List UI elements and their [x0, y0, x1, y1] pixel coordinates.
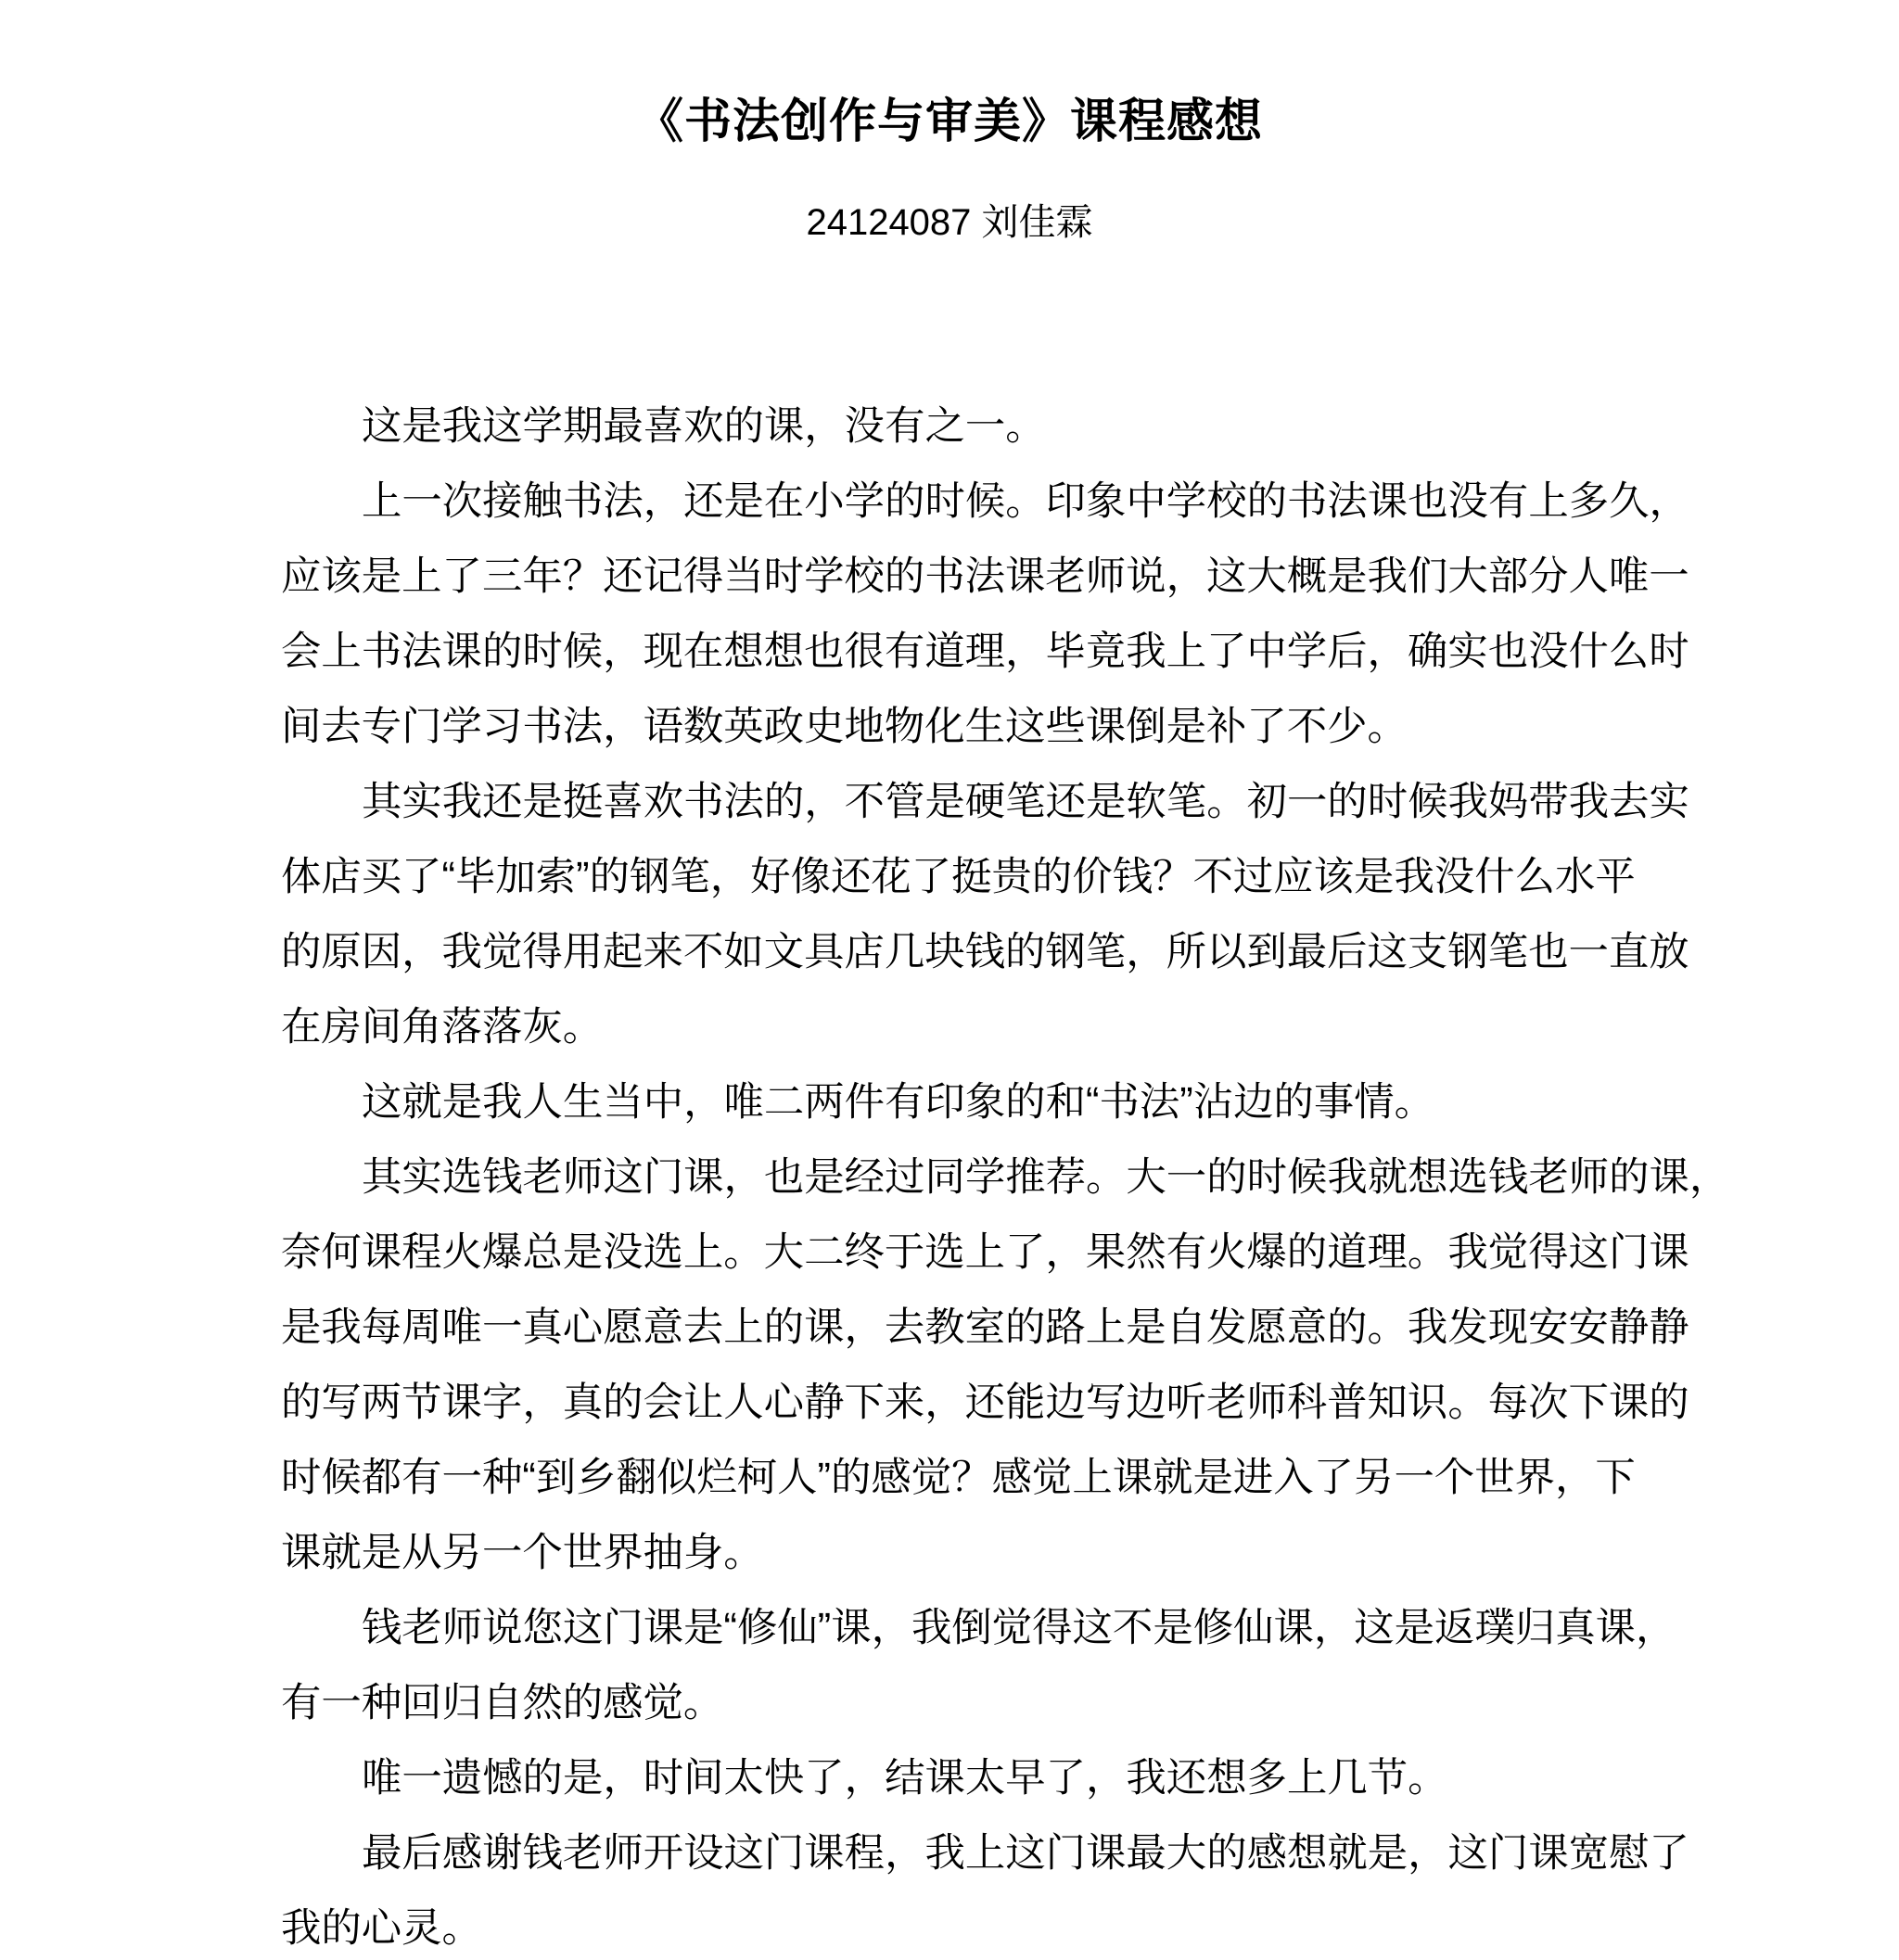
paragraph: 这是我这学期最喜欢的课，没有之一。: [281, 389, 1694, 465]
body-line: 唯一遗憾的是，时间太快了，结课太早了，我还想多上几节。: [281, 1741, 1694, 1816]
body-line: 奈何课程火爆总是没选上。大二终于选上了，果然有火爆的道理。我觉得这门课: [281, 1215, 1694, 1291]
document-page: 《书法创作与审美》课程感想 24124087 刘佳霖 这是我这学期最喜欢的课，没…: [0, 0, 1899, 1960]
paragraph: 这就是我人生当中，唯二两件有印象的和“书法”沾边的事情。: [281, 1065, 1694, 1140]
body-line: 在房间角落落灰。: [281, 990, 1694, 1065]
body-line: 的原因，我觉得用起来不如文具店几块钱的钢笔，所以到最后这支钢笔也一直放: [281, 915, 1694, 990]
body-line: 钱老师说您这门课是“修仙”课，我倒觉得这不是修仙课，这是返璞归真课，: [281, 1591, 1694, 1666]
body-line: 上一次接触书法，还是在小学的时候。印象中学校的书法课也没有上多久，: [281, 465, 1694, 540]
body-line: 课就是从另一个世界抽身。: [281, 1516, 1694, 1591]
body-line: 是我每周唯一真心愿意去上的课，去教室的路上是自发愿意的。我发现安安静静: [281, 1291, 1694, 1366]
page-title: 《书法创作与审美》课程感想: [0, 0, 1899, 147]
body-line: 有一种回归自然的感觉。: [281, 1666, 1694, 1741]
body-line: 我的心灵。: [281, 1891, 1694, 1960]
body-line: 最后感谢钱老师开设这门课程，我上这门课最大的感想就是，这门课宽慰了: [281, 1816, 1694, 1891]
paragraph: 最后感谢钱老师开设这门课程，我上这门课最大的感想就是，这门课宽慰了我的心灵。: [281, 1816, 1694, 1960]
body-line: 这就是我人生当中，唯二两件有印象的和“书法”沾边的事情。: [281, 1065, 1694, 1140]
paragraph: 其实选钱老师这门课，也是经过同学推荐。大一的时候我就想选钱老师的课，奈何课程火爆…: [281, 1140, 1694, 1591]
body-line: 时候都有一种“到乡翻似烂柯人”的感觉？感觉上课就是进入了另一个世界，下: [281, 1441, 1694, 1516]
body-line: 会上书法课的时候，现在想想也很有道理，毕竟我上了中学后，确实也没什么时: [281, 615, 1694, 690]
paragraph: 钱老师说您这门课是“修仙”课，我倒觉得这不是修仙课，这是返璞归真课，有一种回归自…: [281, 1591, 1694, 1741]
body-line: 这是我这学期最喜欢的课，没有之一。: [281, 389, 1694, 465]
paragraph: 上一次接触书法，还是在小学的时候。印象中学校的书法课也没有上多久，应该是上了三年…: [281, 465, 1694, 765]
body-line: 体店买了“毕加索”的钢笔，好像还花了挺贵的价钱？不过应该是我没什么水平: [281, 840, 1694, 915]
paragraph: 其实我还是挺喜欢书法的，不管是硬笔还是软笔。初一的时候我妈带我去实体店买了“毕加…: [281, 765, 1694, 1065]
paragraph: 唯一遗憾的是，时间太快了，结课太早了，我还想多上几节。: [281, 1741, 1694, 1816]
body-line: 的写两节课字，真的会让人心静下来，还能边写边听老师科普知识。每次下课的: [281, 1366, 1694, 1441]
document-body: 这是我这学期最喜欢的课，没有之一。上一次接触书法，还是在小学的时候。印象中学校的…: [281, 389, 1694, 1960]
body-line: 应该是上了三年？还记得当时学校的书法课老师说，这大概是我们大部分人唯一: [281, 540, 1694, 615]
body-line: 其实选钱老师这门课，也是经过同学推荐。大一的时候我就想选钱老师的课，: [281, 1140, 1694, 1215]
author-line: 24124087 刘佳霖: [0, 201, 1899, 244]
body-line: 间去专门学习书法，语数英政史地物化生这些课倒是补了不少。: [281, 690, 1694, 765]
body-line: 其实我还是挺喜欢书法的，不管是硬笔还是软笔。初一的时候我妈带我去实: [281, 765, 1694, 840]
